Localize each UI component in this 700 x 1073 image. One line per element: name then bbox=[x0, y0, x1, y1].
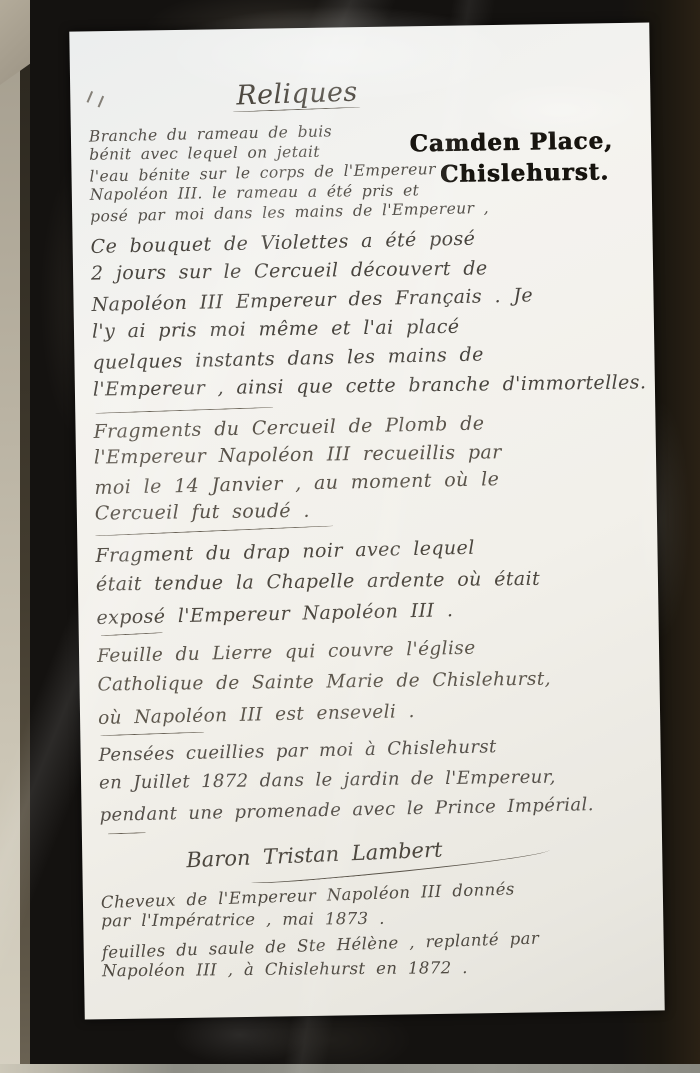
book-page-edge-bottom bbox=[0, 1064, 700, 1073]
pen-dash bbox=[108, 832, 146, 834]
paragraph-pensees-cueillies: Pensées cueillies par moi à Chislehurste… bbox=[98, 731, 653, 830]
paragraph-bouquet-de-violettes: Ce bouquet de Violettes a été posé2 jour… bbox=[90, 223, 647, 406]
manuscript-line: Cercueil fut soudé . bbox=[95, 492, 649, 527]
letterhead-line-1: Camden Place, bbox=[409, 127, 613, 157]
photographed-album-page: Camden Place, Chislehurst. Reliques Bran… bbox=[0, 0, 700, 1073]
printed-letterhead: Camden Place, Chislehurst. bbox=[409, 127, 613, 188]
book-page-edge-left bbox=[0, 0, 20, 1073]
paragraph-fragments-cercueil: Fragments du Cercueil de Plomb del'Emper… bbox=[93, 408, 649, 529]
paragraph-cheveux-et-saule: Cheveux de l'Empereur Napoléon III donné… bbox=[101, 877, 657, 986]
page-title: Reliques bbox=[236, 67, 643, 111]
paragraph-fragment-drap-noir: Fragment du drap noir avec lequelétait t… bbox=[95, 531, 650, 633]
pen-rule bbox=[95, 407, 273, 414]
letterhead-line-2: Chislehurst. bbox=[440, 158, 614, 188]
manuscript-line: l'Empereur , ainsi que cette branche d'i… bbox=[93, 368, 647, 404]
manuscript-page: Camden Place, Chislehurst. Reliques Bran… bbox=[69, 23, 664, 1020]
paragraph-feuille-du-lierre: Feuille du Lierre qui couvre l'égliseCat… bbox=[97, 631, 652, 733]
manuscript-line: Napoléon III , à Chislehurst en 1872 . bbox=[102, 953, 656, 983]
